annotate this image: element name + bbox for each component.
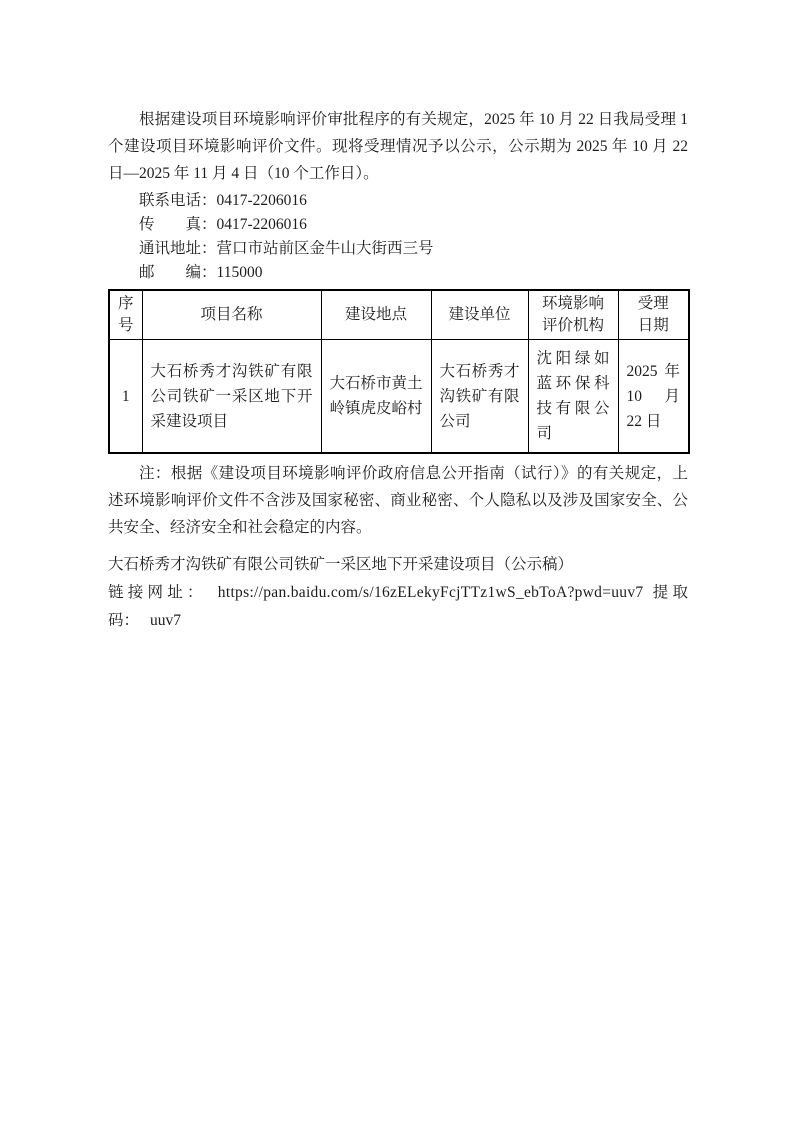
contact-address-line: 通讯地址：营口市站前区金牛山大街西三号 xyxy=(139,237,688,261)
fax-label: 传 真： xyxy=(139,216,217,233)
cell-seq: 1 xyxy=(109,340,142,454)
contact-phone-line: 联系电话：0417-2206016 xyxy=(139,189,688,213)
header-seq: 序 号 xyxy=(109,290,142,340)
document-content: 根据建设项目环境影响评价审批程序的有关规定，2025 年 10 月 22 日我局… xyxy=(108,106,688,635)
contact-postcode-line: 邮 编：115000 xyxy=(139,261,688,285)
cell-accept-date: 2025 年 10 月 22 日 xyxy=(618,340,689,454)
note-paragraph: 注：根据《建设项目环境影响评价政府信息公开指南（试行）》的有关规定，上述环境影响… xyxy=(108,460,688,541)
table-row: 1 大石桥秀才沟铁矿有限公司铁矿一采区地下开采建设项目 大石桥市黄土岭镇虎皮峪村… xyxy=(109,340,689,454)
header-builder: 建设单位 xyxy=(431,290,528,340)
header-eia-agency: 环境影响 评价机构 xyxy=(528,290,618,340)
header-location: 建设地点 xyxy=(321,290,431,340)
attachment-link-line: 链接网址：https://pan.baidu.com/s/16zELekyFcj… xyxy=(108,579,688,635)
header-project-name: 项目名称 xyxy=(142,290,321,340)
link-label: 链接网址： xyxy=(108,584,207,601)
cell-location: 大石桥市黄土岭镇虎皮峪村 xyxy=(321,340,431,454)
table-header-row: 序 号 项目名称 建设地点 建设单位 环境影响 评价机构 受理 日期 xyxy=(109,290,689,340)
intro-paragraph: 根据建设项目环境影响评价审批程序的有关规定，2025 年 10 月 22 日我局… xyxy=(108,106,688,187)
postcode-value: 115000 xyxy=(217,264,263,281)
address-label: 通讯地址： xyxy=(139,240,217,257)
cell-project-name: 大石桥秀才沟铁矿有限公司铁矿一采区地下开采建设项目 xyxy=(142,340,321,454)
fax-value: 0417-2206016 xyxy=(217,216,307,233)
contact-block: 联系电话：0417-2206016 传 真：0417-2206016 通讯地址：… xyxy=(108,189,688,285)
cell-builder: 大石桥秀才沟铁矿有限公司 xyxy=(431,340,528,454)
phone-label: 联系电话： xyxy=(139,192,217,209)
phone-value: 0417-2206016 xyxy=(217,192,307,209)
document-page: 根据建设项目环境影响评价审批程序的有关规定，2025 年 10 月 22 日我局… xyxy=(0,0,793,1122)
postcode-label: 邮 编： xyxy=(139,264,217,281)
acceptance-table: 序 号 项目名称 建设地点 建设单位 环境影响 评价机构 受理 日期 1 大石桥… xyxy=(108,289,690,454)
contact-fax-line: 传 真：0417-2206016 xyxy=(139,213,688,237)
code-value: uuv7 xyxy=(150,612,181,629)
header-accept-date: 受理 日期 xyxy=(618,290,689,340)
address-value: 营口市站前区金牛山大街西三号 xyxy=(217,240,434,257)
attachment-title: 大石桥秀才沟铁矿有限公司铁矿一采区地下开采建设项目（公示稿） xyxy=(108,551,688,579)
cell-eia-agency: 沈阳绿如蓝环保科技有限公司 xyxy=(528,340,618,454)
link-url: https://pan.baidu.com/s/16zELekyFcjTTz1w… xyxy=(218,584,644,601)
